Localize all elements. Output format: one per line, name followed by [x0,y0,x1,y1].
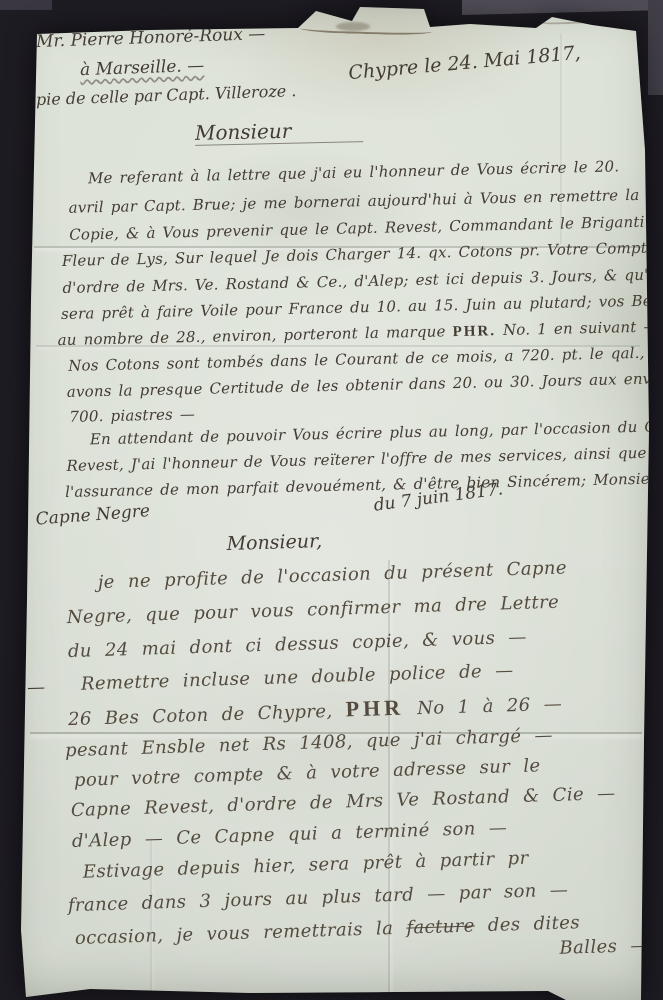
margin-dash: — [27,677,46,699]
handwritten-line: je ne profite de l'occasion du présent C… [97,557,567,593]
handwritten-line: Estivage depuis hier, sera prêt à partir… [83,848,529,883]
handwritten-line: Capne Revest, d'ordre de Mrs Ve Rostand … [71,783,616,821]
bale-print-mark: PHR [345,695,404,722]
handwritten-line: du 24 mai dont ci dessus copie, & vous — [68,627,527,662]
paper: Mr. Pierre Honoré-Roux — à Marseille. — … [0,0,663,1000]
handwritten-line: france dans 3 jours au plus tard — par s… [68,880,569,917]
letter-photograph: Mr. Pierre Honoré-Roux — à Marseille. — … [0,0,663,1000]
crossed-out-word: facture [406,915,475,938]
letter2-body: Monsieur, — je ne profite de l'occasion … [0,0,663,1000]
handwritten-line: pour votre compte & à votre adresse sur … [74,755,541,791]
paper-wrapper: Mr. Pierre Honoré-Roux — à Marseille. — … [0,0,663,1000]
salutation: Monsieur, [226,530,322,555]
handwritten-line: pesant Ensble net Rs 1408, que j'ai char… [65,725,553,761]
handwritten-line: Negre, que pour vous confirmer ma dre Le… [67,592,560,628]
handwritten-line: 26 Bes Coton de Chypre, PHR No 1 à 26 — [68,690,563,732]
handwritten-line: Balles — [559,935,649,959]
handwritten-line: occasion, je vous remettrais la facture … [75,912,581,949]
handwritten-line: Remettre incluse une double police de — [81,660,514,695]
handwritten-line: d'Alep — Ce Capne qui a terminé son — [72,817,508,852]
